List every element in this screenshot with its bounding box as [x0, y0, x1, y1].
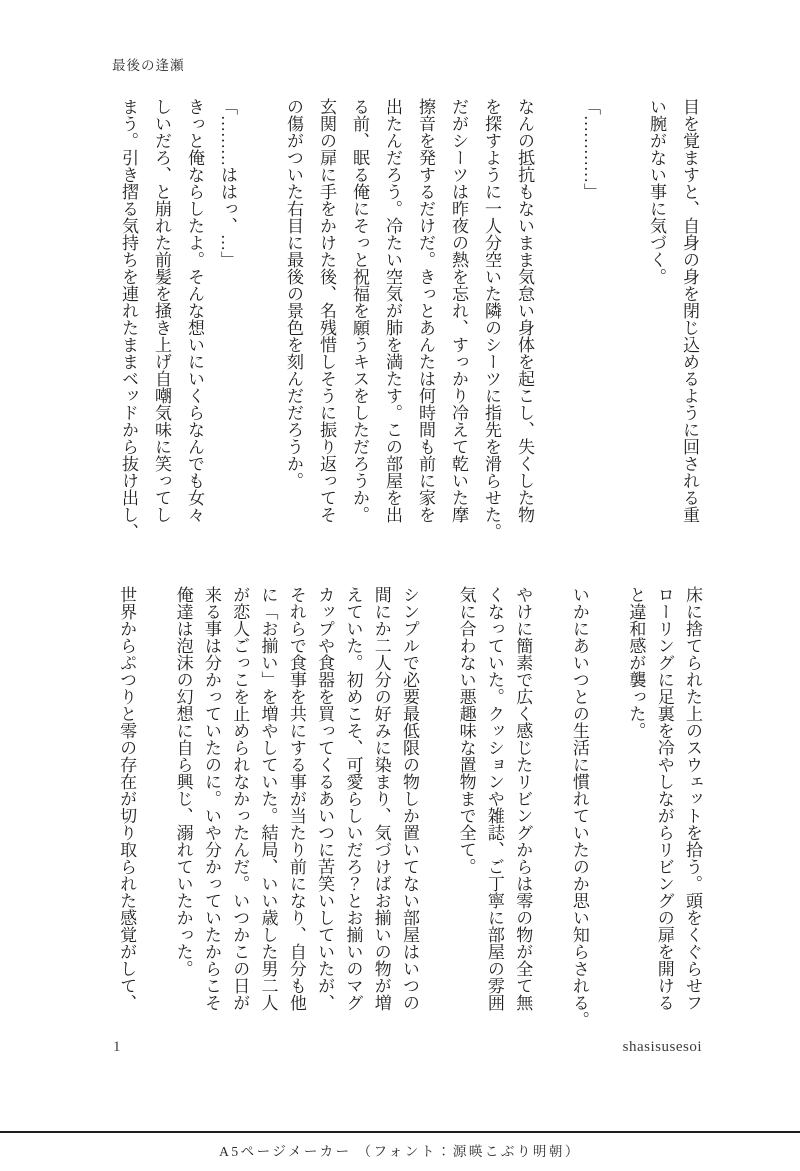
app-footer-bar: A5ページメーカー （フォント：源暎こぶり明朝）	[0, 1131, 800, 1161]
app-footer-label: A5ページメーカー （フォント：源暎こぶり明朝）	[219, 1144, 581, 1159]
vertical-text-block-bottom: 床に捨てられた上のスウェットを拾う。頭をくぐらせフ ローリングに足裏を冷やしなが…	[112, 586, 706, 1012]
author-name: shasisusesoi	[623, 1039, 702, 1056]
vertical-text-block-top: 目を覚ますと、自身の身を閉じ込めるように回される重 い腕がない事に気づく。 「……	[112, 98, 706, 524]
page-number: 1	[113, 1039, 121, 1056]
novel-page: 最後の逢瀬 目を覚ますと、自身の身を閉じ込めるように回される重 い腕がない事に気…	[0, 0, 800, 1171]
document-title: 最後の逢瀬	[112, 54, 185, 74]
